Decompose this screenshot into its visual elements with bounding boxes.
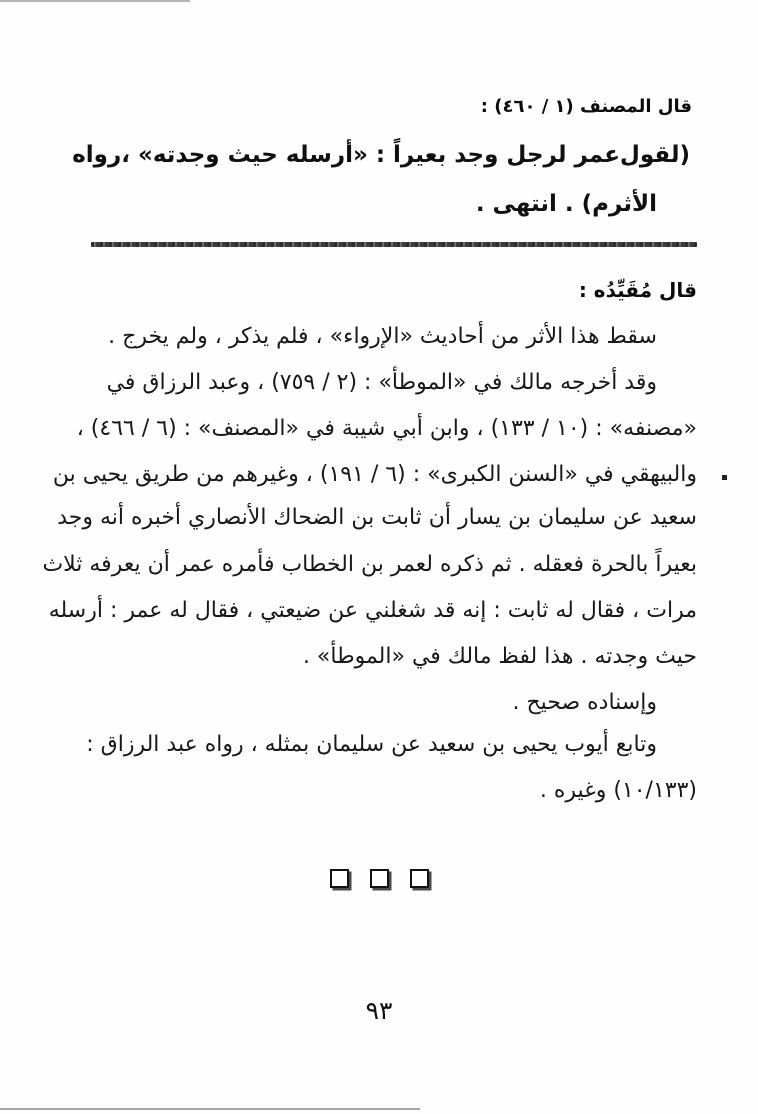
square-ornament-icon bbox=[330, 869, 349, 888]
quote-line-2: الأثرم) . انتهى . bbox=[100, 187, 690, 221]
square-ornament-icon bbox=[410, 869, 429, 888]
paragraph-3: وإسناده صحيح . bbox=[95, 686, 697, 720]
page-number: ٩٣ bbox=[0, 996, 758, 1025]
scan-speck bbox=[722, 475, 727, 480]
commentary-heading: قال مُقَيِّدُه : bbox=[579, 278, 697, 302]
scanned-book-page: { "page": { "header_citation": "قال المص… bbox=[0, 0, 758, 1114]
header-citation: قال المصنف (١ / ٤٦٠) : bbox=[481, 96, 692, 117]
paragraph-1: سقط هذا الأثر من أحاديث «الإرواء» ، فلم … bbox=[95, 320, 697, 354]
paragraph-2-line-1: وقد أخرجه مالك في «الموطأ» : (٢ / ٧٥٩) ،… bbox=[95, 366, 697, 400]
paragraph-2-line-4: سعيد عن سليمان بن يسار أن ثابت بن الضحاك… bbox=[95, 501, 697, 535]
scan-artifact-bottom bbox=[0, 1108, 420, 1110]
scan-artifact-top bbox=[0, 0, 190, 2]
separator-squares bbox=[0, 869, 758, 888]
quote-line-1-middle: عمر لرجل وجد بعيراً : «أرسله حيث وجدته» … bbox=[121, 138, 620, 172]
quoted-passage: (لقول عمر لرجل وجد بعيراً : «أرسله حيث و… bbox=[100, 138, 690, 221]
paragraph-4-line-2: (١٠/١٣٣) وغيره . bbox=[95, 774, 697, 808]
quote-line-1-start: (لقول bbox=[620, 138, 690, 172]
section-divider-rule bbox=[91, 242, 697, 247]
paragraph-2-line-5: بعيراً بالحرة فعقله . ثم ذكره لعمر بن ال… bbox=[95, 548, 697, 582]
paragraph-4-line-1: وتابع أيوب يحيى بن سعيد عن سليمان بمثله … bbox=[95, 728, 697, 762]
paragraph-2-line-2: «مصنفه» : (١٠ / ١٣٣) ، وابن أبي شيبة في … bbox=[95, 412, 697, 446]
quote-line-1: (لقول عمر لرجل وجد بعيراً : «أرسله حيث و… bbox=[100, 138, 690, 172]
paragraph-2-line-6: مرات ، فقال له ثابت : إنه قد شغلني عن ضي… bbox=[95, 594, 697, 628]
paragraph-2-line-7: حيث وجدته . هذا لفظ مالك في «الموطأ» . bbox=[95, 640, 697, 674]
square-ornament-icon bbox=[370, 869, 389, 888]
quote-line-1-end: رواه bbox=[72, 138, 121, 172]
paragraph-2-line-3: والبيهقي في «السنن الكبرى» : (٦ / ١٩١) ،… bbox=[95, 458, 697, 492]
